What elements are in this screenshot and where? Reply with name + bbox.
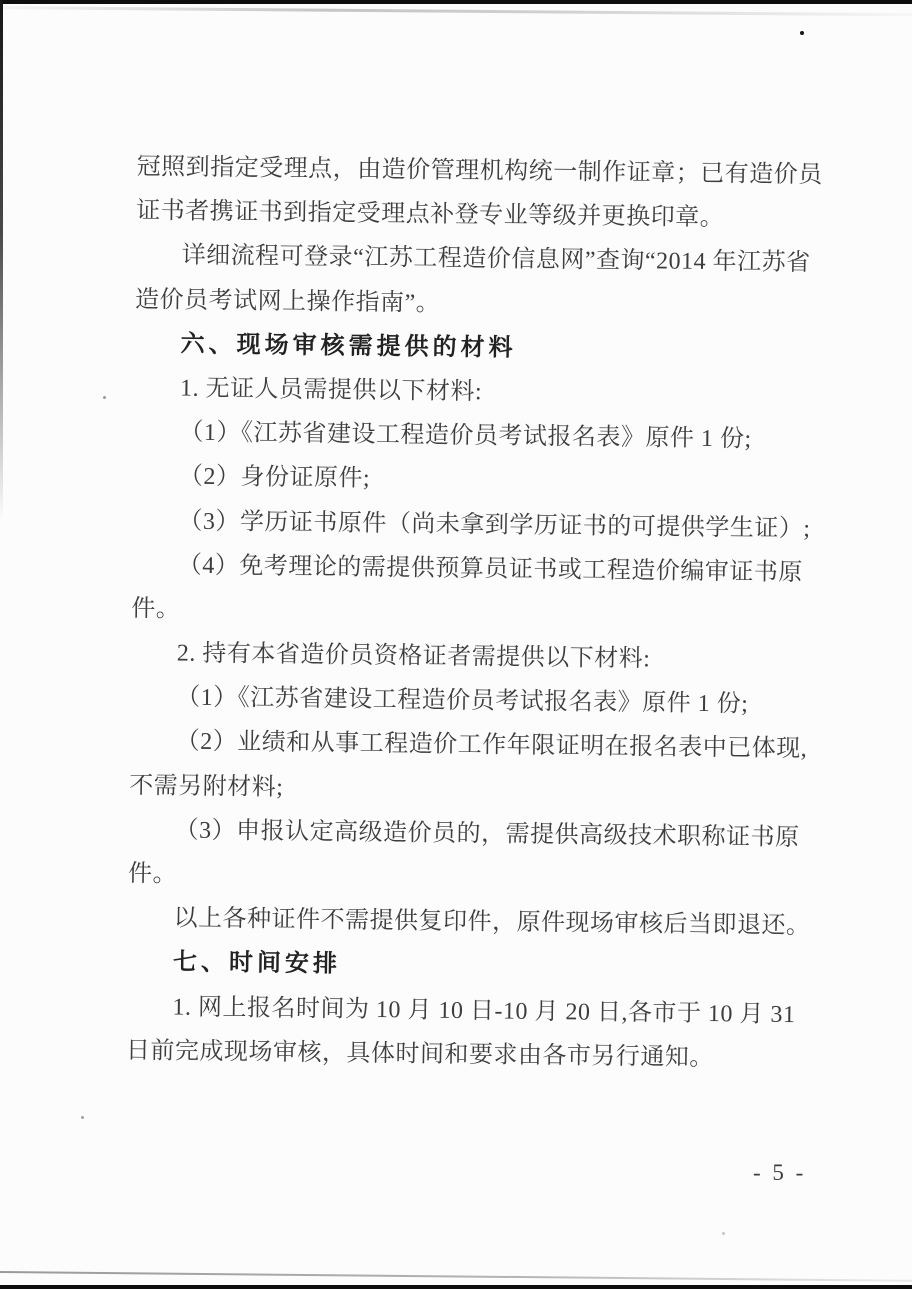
scanned-document-page: 冠照到指定受理点，由造价管理机构统一制作证章；已有造价员证书者携证书到指定受理点… [0,0,912,1289]
ink-speck [800,31,804,35]
text-line: 详细流程可登录“江苏工程造价信息网”查询“2014 年江苏省 [135,233,825,286]
text-line: （2）业绩和从事工程造价工作年限证明在报名表中已体现, [129,719,819,772]
page-number: - 5 - [753,1160,806,1186]
scan-bottom-edge [0,1285,912,1289]
text-line: 日前完成现场审核，具体时间和要求由各市另行通知。 [126,1029,816,1082]
text-line: （3）学历证书原件（尚未拿到学历证书的可提供学生证）; [132,498,822,551]
scan-top-smear [0,6,912,17]
text-line: （3）申报认定高级造价员的，需提供高级技术职称证书原 [128,808,818,861]
text-line: （4）免考理论的需提供预算员证书或工程造价编审证书原 [132,543,822,596]
scan-top-edge [0,0,912,4]
ink-speck [722,1232,725,1235]
ink-speck [81,1116,84,1119]
text-line: （2）身份证原件; [133,454,823,507]
scan-left-edge [0,0,3,520]
scan-paper-bottom-edge [0,1271,912,1282]
section-heading: 七、时间安排 [127,940,817,993]
document-body: 冠照到指定受理点，由造价管理机构统一制作证章；已有造价员证书者携证书到指定受理点… [126,145,827,1081]
ink-speck [103,396,106,399]
